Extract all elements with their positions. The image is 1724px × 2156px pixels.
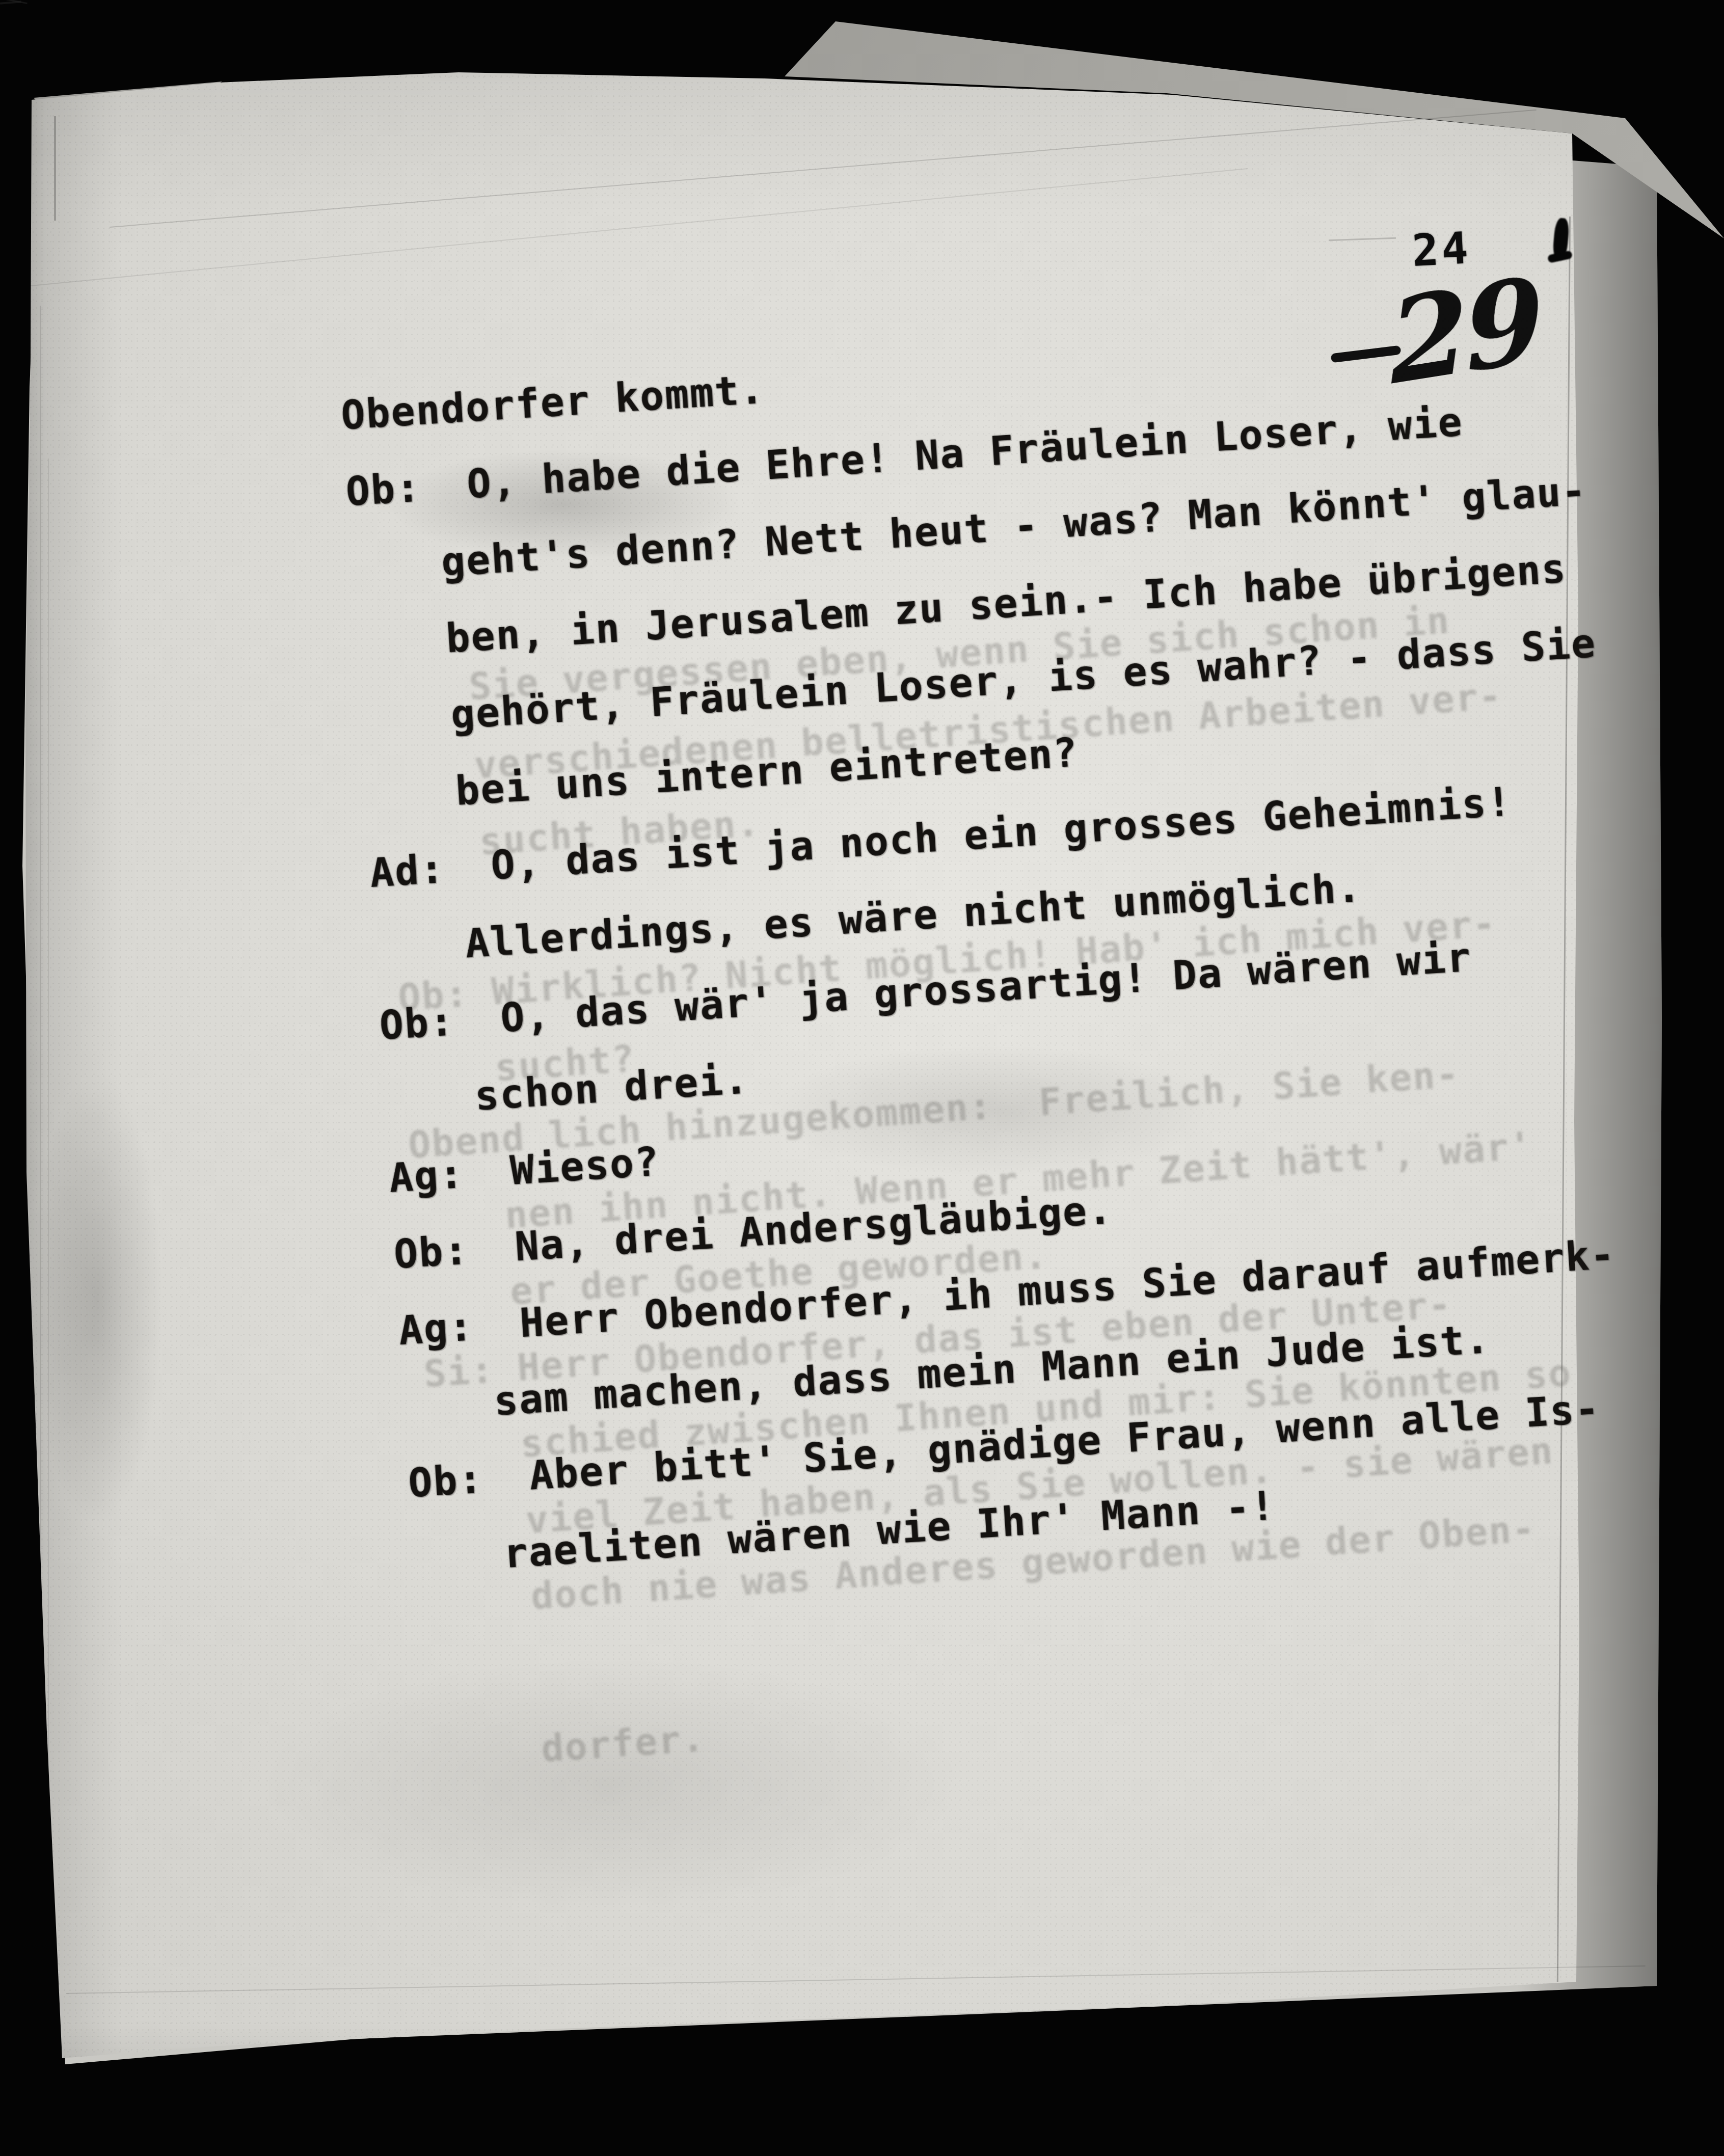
- typed-dialogue-block: Obendorfer kommt.Ob:O, habe die Ehre! Na…: [339, 295, 1724, 1599]
- smudge: [255, 1656, 968, 1910]
- speaker-label: Ob:: [392, 1209, 518, 1293]
- speaker-label: Ag:: [387, 1133, 513, 1217]
- speaker-label: Ob:: [406, 1438, 532, 1522]
- sheet-edge-line: [40, 306, 41, 2012]
- smudge: [31, 1070, 163, 1528]
- stray-ink-mark: [0, 1, 21, 5]
- scanned-typescript: 24 29 Sie vergessen eben, wenn Sie sich …: [0, 0, 1724, 2156]
- vertical-crease: [54, 116, 56, 221]
- line-text: Obendorfer kommt.: [340, 367, 766, 439]
- line-text: Wieso?: [509, 1139, 661, 1194]
- line-text: schon drei.: [473, 1057, 750, 1120]
- speaker-label: Ad:: [368, 828, 494, 912]
- speaker-label: Ob:: [377, 981, 503, 1065]
- speaker-label: Ag:: [396, 1286, 522, 1370]
- speaker-label: Ob:: [343, 447, 469, 531]
